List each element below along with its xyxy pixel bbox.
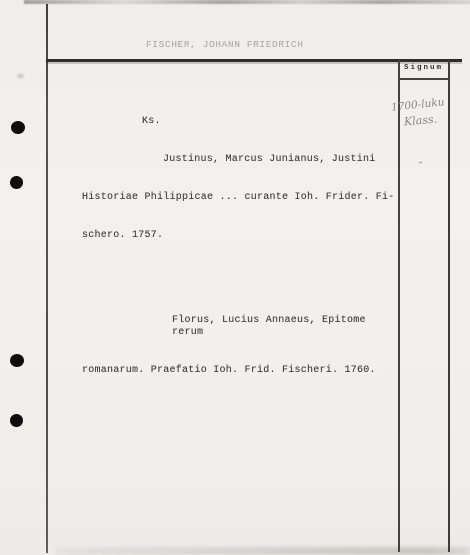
punch-hole	[10, 414, 23, 427]
entry-line: romanarum. Praefatio Ioh. Frid. Fischeri…	[82, 365, 402, 378]
signum-column-label: Signum	[398, 64, 449, 72]
catalog-entry: Florus, Lucius Annaeus, Epitome rerum ro…	[82, 289, 402, 402]
entry-reference: Ks.	[82, 116, 402, 129]
signum-column-right-rule	[448, 60, 450, 552]
left-margin-rule	[46, 4, 48, 553]
punch-hole	[10, 176, 23, 189]
entry-line: Florus, Lucius Annaeus, Epitome rerum	[82, 315, 402, 340]
header-divider-rule	[46, 59, 462, 62]
handwritten-classification-line2: Klass.	[403, 113, 437, 129]
ditto-mark: ″	[417, 161, 423, 172]
catalog-entry: Ks. Justinus, Marcus Junianus, Justini H…	[82, 91, 402, 267]
catalog-card: FISCHER, JOHANN FRIEDRICH Signum 1700-lu…	[0, 0, 470, 555]
scan-smudge-dot	[17, 74, 24, 78]
card-body: Ks. Justinus, Marcus Junianus, Justini H…	[82, 91, 402, 403]
punch-hole	[11, 121, 25, 134]
scan-smudge-bottom	[55, 547, 470, 555]
card-heading-name: FISCHER, JOHANN FRIEDRICH	[146, 39, 304, 50]
entry-line: Historiae Philippicae ... curante Ioh. F…	[82, 192, 402, 205]
scan-smudge-top	[24, 0, 470, 4]
entry-line: schero. 1757.	[82, 230, 402, 243]
punch-hole	[10, 354, 24, 367]
entry-line: Justinus, Marcus Junianus, Justini	[82, 154, 402, 167]
signum-header-cell-rule	[398, 78, 449, 80]
